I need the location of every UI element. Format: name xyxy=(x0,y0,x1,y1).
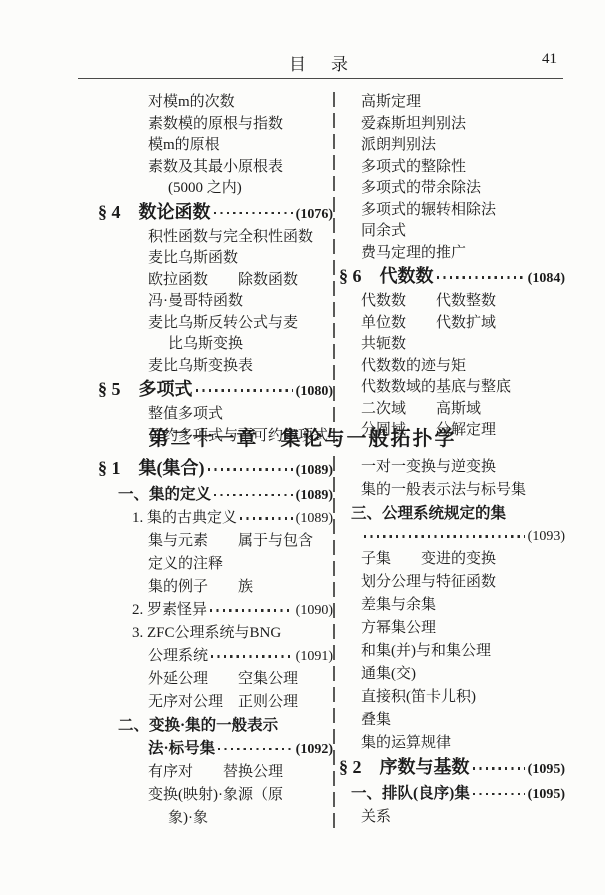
toc-line: 通集(交) xyxy=(335,663,565,686)
toc-entry-label: 划分公理与特征函数 xyxy=(361,571,496,594)
toc-entry-label: 代数数的迹与矩 xyxy=(361,356,466,378)
toc-line: 代数数 代数整数 xyxy=(335,291,565,313)
toc-entry-label: 法·标号集 xyxy=(148,737,215,760)
dot-leader xyxy=(473,793,525,796)
dot-leader xyxy=(218,748,293,751)
page-ref: (1091) xyxy=(296,645,333,668)
toc-line: 冯·曼哥特函数 xyxy=(78,291,333,313)
toc-entry-label: 叠集 xyxy=(361,709,391,732)
toc-line: 比乌斯变换 xyxy=(78,334,333,356)
toc-column-lower-right: 一对一变换与逆变换集的一般表示法与标号集三、公理系统规定的集(1093)子集 变… xyxy=(335,456,565,830)
toc-line: 法·标号集(1092) xyxy=(78,737,333,761)
dot-leader xyxy=(240,517,293,520)
toc-line: 素数及其最小原根表 xyxy=(78,157,333,179)
dot-leader xyxy=(437,276,525,279)
page-ref: (1080) xyxy=(296,379,333,404)
toc-line: 麦比乌斯变换表 xyxy=(78,356,333,378)
toc-line: § 4 数论函数(1076) xyxy=(78,200,333,227)
toc-line: 共轭数 xyxy=(335,334,565,356)
toc-line: 一、排队(良序)集(1095) xyxy=(335,782,565,806)
toc-entry-label: § 5 多项式 xyxy=(98,377,193,402)
toc-line: 爱森斯坦判别法 xyxy=(335,114,565,136)
toc-entry-label: 集的一般表示法与标号集 xyxy=(361,479,526,502)
toc-entry-label: 二、变换·集的一般表示 xyxy=(118,714,278,737)
toc-entry-label: 费马定理的推广 xyxy=(361,243,466,265)
toc-entry-label: 有序对 替换公理 xyxy=(148,761,283,784)
toc-entry-label: 欧拉函数 除数函数 xyxy=(148,270,298,292)
toc-entry-label: 麦比乌斯反转公式与麦 xyxy=(148,313,298,335)
toc-line: 子集 变进的变换 xyxy=(335,548,565,571)
toc-entry-label: 一、集的定义 xyxy=(118,483,211,506)
toc-entry-label: § 6 代数数 xyxy=(339,264,434,289)
toc-entry-label: 3. ZFC公理系统与BNG xyxy=(132,622,281,645)
toc-line: § 5 多项式(1080) xyxy=(78,377,333,404)
toc-line: 一、集的定义(1089) xyxy=(78,483,333,507)
toc-entry-label: 比乌斯变换 xyxy=(168,334,243,356)
toc-line: § 2 序数与基数(1095) xyxy=(335,755,565,782)
toc-entry-label: 对模m的次数 xyxy=(148,92,235,114)
toc-line: 关系 xyxy=(335,806,565,829)
toc-entry-label: 素数模的原根与指数 xyxy=(148,114,283,136)
toc-line: 代数数域的基底与整底 xyxy=(335,377,565,399)
dot-leader xyxy=(196,389,293,392)
toc-line: 多项式的带余除法 xyxy=(335,178,565,200)
toc-entry-label: § 4 数论函数 xyxy=(98,200,211,225)
toc-entry-label: 子集 变进的变换 xyxy=(361,548,496,571)
toc-block-lower: § 1 集(集合)(1089)一、集的定义(1089)1. 集的古典定义(108… xyxy=(78,456,565,830)
toc-block-upper: 对模m的次数素数模的原根与指数模m的原根素数及其最小原根表(5000 之内)§ … xyxy=(78,92,565,447)
toc-line: 集的例子 族 xyxy=(78,576,333,599)
toc-line: 麦比乌斯反转公式与麦 xyxy=(78,313,333,335)
toc-line: 集的运算规律 xyxy=(335,732,565,755)
toc-line: 象)·象 xyxy=(78,807,333,830)
toc-entry-label: 高斯定理 xyxy=(361,92,421,114)
toc-column-lower-left: § 1 集(集合)(1089)一、集的定义(1089)1. 集的古典定义(108… xyxy=(78,456,333,830)
toc-line: 直接积(笛卡儿积) xyxy=(335,686,565,709)
toc-entry-label: 一对一变换与逆变换 xyxy=(361,456,496,479)
toc-line: 和集(并)与和集公理 xyxy=(335,640,565,663)
toc-line: 素数模的原根与指数 xyxy=(78,114,333,136)
toc-entry-label: 代数数域的基底与整底 xyxy=(361,377,511,399)
toc-line: 集与元素 属于与包含 xyxy=(78,530,333,553)
toc-line: (1093) xyxy=(335,525,565,548)
toc-entry-label: 关系 xyxy=(361,806,391,829)
toc-entry-label: 冯·曼哥特函数 xyxy=(148,291,243,313)
toc-line: 公理系统(1091) xyxy=(78,645,333,668)
page-ref: (1076) xyxy=(296,202,333,227)
dot-leader xyxy=(214,212,293,215)
toc-line: 多项式的辗转相除法 xyxy=(335,200,565,222)
toc-line: 二、变换·集的一般表示 xyxy=(78,714,333,737)
page-ref: (1095) xyxy=(528,783,565,806)
toc-entry-label: 公理系统 xyxy=(148,645,208,668)
toc-entry-label: 二次域 高斯域 xyxy=(361,399,481,421)
toc-entry-label: 麦比乌斯函数 xyxy=(148,248,238,270)
toc-entry-label: 麦比乌斯变换表 xyxy=(148,356,253,378)
toc-line: 划分公理与特征函数 xyxy=(335,571,565,594)
toc-entry-label: (5000 之内) xyxy=(168,178,242,200)
toc-entry-label: 集的例子 族 xyxy=(148,576,253,599)
toc-entry-label: 模m的原根 xyxy=(148,135,220,157)
toc-line: 叠集 xyxy=(335,709,565,732)
toc-entry-label: 集的运算规律 xyxy=(361,732,451,755)
toc-entry-label: 差集与余集 xyxy=(361,594,436,617)
toc-line: § 6 代数数(1084) xyxy=(335,264,565,291)
toc-line: 麦比乌斯函数 xyxy=(78,248,333,270)
toc-line: 模m的原根 xyxy=(78,135,333,157)
toc-entry-label: 一、排队(良序)集 xyxy=(351,782,470,805)
toc-entry-label: 三、公理系统规定的集 xyxy=(351,502,506,525)
toc-entry-label: § 2 序数与基数 xyxy=(339,755,470,780)
toc-entry-label: 同余式 xyxy=(361,221,406,243)
page-header: 目 录 41 xyxy=(78,48,563,79)
toc-entry-label: 多项式的整除性 xyxy=(361,157,466,179)
toc-line: 集的一般表示法与标号集 xyxy=(335,479,565,502)
toc-line: 方幂集公理 xyxy=(335,617,565,640)
page-ref: (1093) xyxy=(528,525,565,548)
toc-entry-label: 派朗判别法 xyxy=(361,135,436,157)
toc-entry-label: 2. 罗素怪异 xyxy=(132,599,207,622)
dot-leader xyxy=(210,609,293,612)
toc-line: 定义的注释 xyxy=(78,553,333,576)
chapter-heading: 第二十一章 集论与一般拓扑学 xyxy=(0,422,605,451)
toc-line: 费马定理的推广 xyxy=(335,243,565,265)
toc-line: 派朗判别法 xyxy=(335,135,565,157)
dot-leader xyxy=(214,494,293,497)
page-ref: (1089) xyxy=(296,484,333,507)
toc-entry-label: 积性函数与完全积性函数 xyxy=(148,227,313,249)
toc-line: (5000 之内) xyxy=(78,178,333,200)
dot-leader xyxy=(208,468,293,471)
toc-entry-label: 代数数 代数整数 xyxy=(361,291,496,313)
toc-entry-label: 方幂集公理 xyxy=(361,617,436,640)
toc-column-upper-left: 对模m的次数素数模的原根与指数模m的原根素数及其最小原根表(5000 之内)§ … xyxy=(78,92,333,447)
page-ref: (1084) xyxy=(528,266,565,291)
toc-line: 差集与余集 xyxy=(335,594,565,617)
toc-line: 对模m的次数 xyxy=(78,92,333,114)
toc-entry-label: 爱森斯坦判别法 xyxy=(361,114,466,136)
toc-line: 同余式 xyxy=(335,221,565,243)
toc-entry-label: 多项式的辗转相除法 xyxy=(361,200,496,222)
toc-line: 多项式的整除性 xyxy=(335,157,565,179)
toc-entry-label: 变换(映射)·象源（原 xyxy=(148,784,283,807)
toc-line: 变换(映射)·象源（原 xyxy=(78,784,333,807)
toc-line: 一对一变换与逆变换 xyxy=(335,456,565,479)
toc-entry-label: 共轭数 xyxy=(361,334,406,356)
toc-entry-label: 象)·象 xyxy=(168,807,208,830)
toc-entry-label: 定义的注释 xyxy=(148,553,223,576)
page-ref: (1090) xyxy=(296,599,333,622)
scanned-toc-page: 目 录 41 对模m的次数素数模的原根与指数模m的原根素数及其最小原根表(500… xyxy=(0,0,605,895)
toc-line: 二次域 高斯域 xyxy=(335,399,565,421)
toc-entry-label: 素数及其最小原根表 xyxy=(148,157,283,179)
page-ref: (1092) xyxy=(296,738,333,761)
toc-line: 代数数的迹与矩 xyxy=(335,356,565,378)
page-ref: (1095) xyxy=(528,757,565,782)
toc-entry-label: 1. 集的古典定义 xyxy=(132,507,237,530)
toc-line: 欧拉函数 除数函数 xyxy=(78,270,333,292)
toc-entry-label: 和集(并)与和集公理 xyxy=(361,640,491,663)
toc-line: 1. 集的古典定义(1089) xyxy=(78,507,333,530)
toc-line: 有序对 替换公理 xyxy=(78,761,333,784)
page-number: 41 xyxy=(542,51,557,68)
toc-line: 积性函数与完全积性函数 xyxy=(78,227,333,249)
page-ref: (1089) xyxy=(296,507,333,530)
toc-entry-label: 通集(交) xyxy=(361,663,416,686)
dot-leader xyxy=(211,655,293,658)
toc-line: 三、公理系统规定的集 xyxy=(335,502,565,525)
toc-line: 3. ZFC公理系统与BNG xyxy=(78,622,333,645)
toc-entry-label: 直接积(笛卡儿积) xyxy=(361,686,476,709)
page-ref: (1089) xyxy=(296,458,333,483)
toc-entry-label: 外延公理 空集公理 xyxy=(148,668,298,691)
toc-line: 外延公理 空集公理 xyxy=(78,668,333,691)
dot-leader xyxy=(364,535,525,538)
toc-column-upper-right: 高斯定理爱森斯坦判别法派朗判别法多项式的整除性多项式的带余除法多项式的辗转相除法… xyxy=(335,92,565,447)
toc-entry-label: 无序对公理 正则公理 xyxy=(148,691,298,714)
toc-line: 无序对公理 正则公理 xyxy=(78,691,333,714)
toc-entry-label: § 1 集(集合) xyxy=(98,456,205,481)
toc-line: 2. 罗素怪异(1090) xyxy=(78,599,333,622)
toc-line: 单位数 代数扩域 xyxy=(335,313,565,335)
toc-entry-label: 多项式的带余除法 xyxy=(361,178,481,200)
toc-line: 高斯定理 xyxy=(335,92,565,114)
toc-entry-label: 单位数 代数扩域 xyxy=(361,313,496,335)
toc-line: § 1 集(集合)(1089) xyxy=(78,456,333,483)
toc-entry-label: 集与元素 属于与包含 xyxy=(148,530,313,553)
page-title: 目 录 xyxy=(78,50,563,75)
dot-leader xyxy=(473,767,525,770)
